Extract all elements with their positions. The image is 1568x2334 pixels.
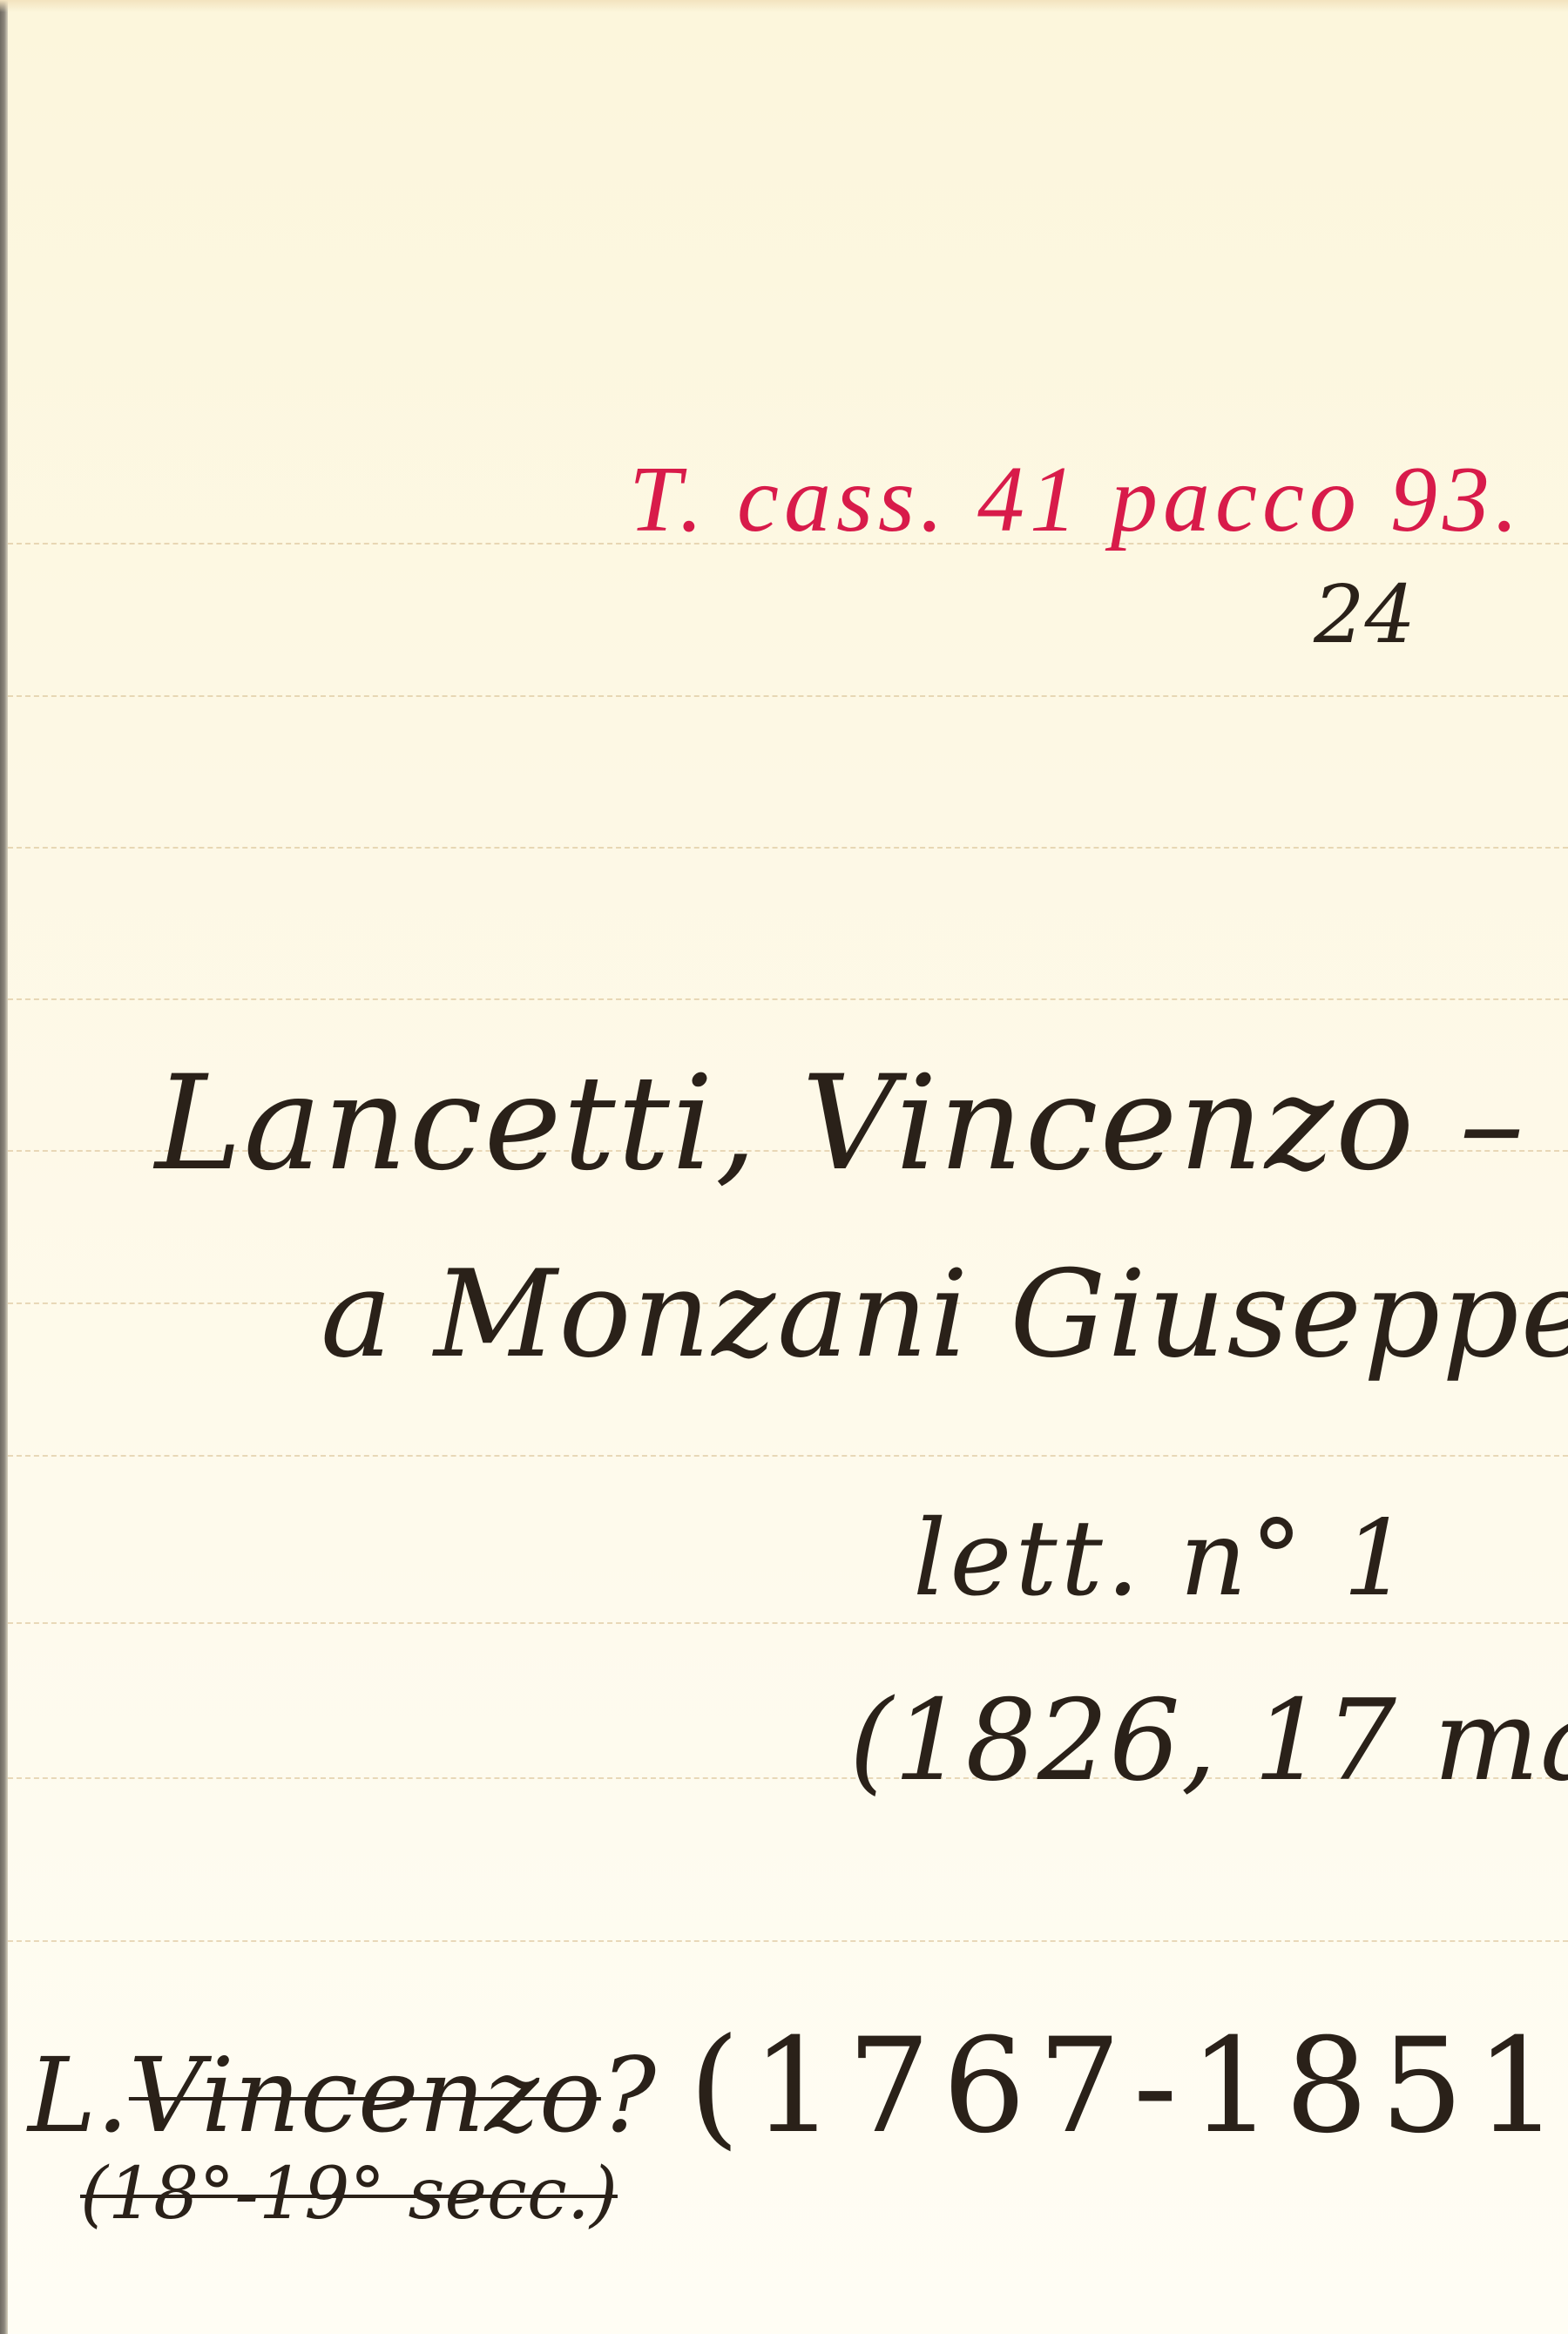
sub-number: 24 bbox=[1314, 575, 1416, 655]
card-left-edge bbox=[0, 0, 8, 2334]
attribution-prefix: L. bbox=[28, 2035, 129, 2155]
ruled-line bbox=[8, 1940, 1568, 1942]
letter-date: (1826, 17 marzo) bbox=[849, 1686, 1568, 1797]
attribution-line: L.Vincenzo? (1767-1851) bbox=[28, 2021, 1568, 2152]
attribution-name-struck: Vincenzo bbox=[129, 2035, 601, 2155]
card-top-edge bbox=[0, 0, 1568, 12]
ruled-line bbox=[8, 1455, 1568, 1457]
recipient-name: a Monzani Giuseppe bbox=[321, 1255, 1568, 1375]
ruled-line bbox=[8, 695, 1568, 697]
attribution-query: ? bbox=[601, 2035, 656, 2155]
ruled-line bbox=[8, 1622, 1568, 1624]
century-struck: (18°-19° secc.) bbox=[80, 2153, 618, 2236]
call-number: T. cass. 41 pacco 93. bbox=[629, 453, 1524, 547]
attribution-years: (1767-1851) bbox=[689, 2011, 1568, 2162]
author-name: Lancetti, Vincenzo – bbox=[155, 1059, 1526, 1189]
century-line: (18°-19° secc.) bbox=[80, 2159, 618, 2230]
ruled-line bbox=[8, 847, 1568, 849]
archival-index-card: T. cass. 41 pacco 93. 24 Lancetti, Vince… bbox=[0, 0, 1568, 2334]
ruled-line bbox=[8, 998, 1568, 1000]
item-number: lett. n° 1 bbox=[913, 1507, 1413, 1612]
